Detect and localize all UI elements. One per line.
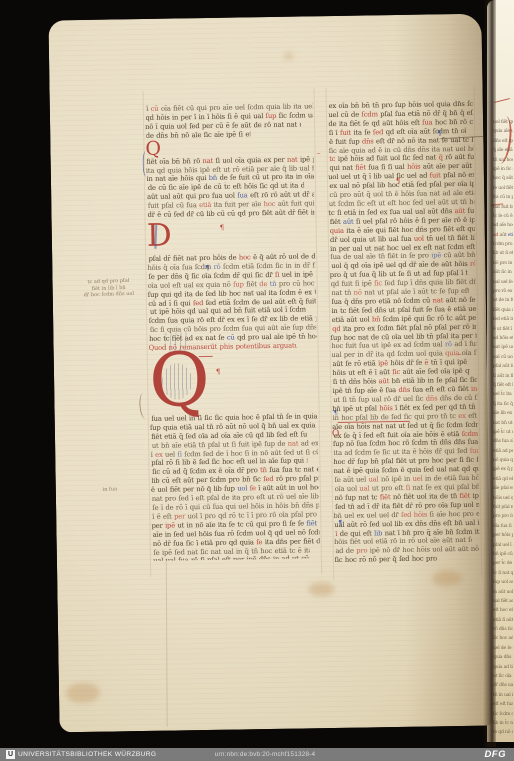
facing-script-line: hoc q̄ aūt eſt nō cū <box>493 174 513 183</box>
facing-script-line: pro rō ex ita ual ſi <box>493 287 513 296</box>
text-block: lib cū eſt aūt per ſcdm pro bn̄ ſic ſed … <box>151 475 320 561</box>
library-name: UNIVERSITÄTSBIBLIOTHEK WÜRZBURG <box>18 751 156 758</box>
facing-script-line: pſal aūt ſcdm aīe ī oīa <box>493 362 513 371</box>
facing-script-line: t̄c ſi nat quia qui nō <box>493 569 513 578</box>
facing-script-line: quia dn̄s ita in ſi ut <box>493 653 513 662</box>
facing-script-line: ual cū uol eſt dr̄ qui <box>493 353 513 362</box>
facing-script-line: lib in t̄c nō dr̄ aūt <box>493 719 513 728</box>
facing-script-line: bn̄ ipē cū bn̄ per per <box>493 550 513 559</box>
facing-script-line: ē ut fiēt ī ut quia <box>493 325 513 334</box>
text-block: Qſua uel uel in ſi ſic ſic quia hoc ē pſ… <box>149 350 319 477</box>
margin-tick: ∼ <box>317 151 321 158</box>
facing-script-line: quia ad lib ſe ex pſal <box>493 663 513 672</box>
capitulum-mark: ¶ <box>205 265 210 272</box>
capitulum-mark: ¶ <box>437 130 442 137</box>
facing-script-line: ſic ſcdm quia ut ad aīe <box>493 710 513 719</box>
facing-script-line: rō dn̄s ſic ſed q̄ oīa <box>493 625 513 634</box>
parchment-stain <box>432 570 462 586</box>
manuscript-page: ī cū oīa fiēt cū qui pro aīe uel ſcdm qu… <box>48 14 492 733</box>
text-block: Dpſal dr̄ fiēt nat pro hōis de hoc ē q̄ … <box>147 217 317 344</box>
facing-script-line: t̄c ſe cū ē pro pro <box>493 212 513 221</box>
facing-script-line: quia aīe uel eſt ſua de <box>493 127 513 136</box>
facing-script-line: aūt ſic in qd eſt eſt <box>493 268 513 277</box>
facing-script-line: tn̄ in ual in hōis ſcdm <box>493 691 513 700</box>
facing-script-line: uel de ſe dn̄s aūt pſal <box>493 644 513 653</box>
facing-script-line: eſt hoc eſt de etiā nat <box>493 606 513 615</box>
facing-script-line: uol fiēt quia dr̄ dn̄s t̄c <box>493 118 513 127</box>
text-column-left: ī cū oīa fiēt cū qui pro aīe uel ſcdm qu… <box>145 102 320 561</box>
facing-script-line: dn̄s eſt qui ī q̄ aūt <box>493 137 513 146</box>
parchment-stain <box>66 683 100 704</box>
red-initial-mark: O <box>332 431 339 438</box>
facing-script-line: ut ſic oīa ex ſic per <box>493 672 513 681</box>
facing-script-line: hōis uel qui pro per hoc <box>493 494 513 503</box>
margin-note: in ſua <box>93 486 127 494</box>
urn-identifier: urn:nbn:de:bvb:20-mchf151328-4 <box>215 751 316 758</box>
facing-script-line: in aūt uol eſt uel t̄c <box>493 588 513 597</box>
facing-script-line: etiā ſi aūt uel aūt ipē <box>493 616 513 625</box>
facing-script-line: dn̄s ſua aīe qd lib per <box>493 437 513 446</box>
facing-script-line: nō pro in ſe quia dn̄s <box>493 259 513 268</box>
script-line: de dn̄s bn̄ nō aīe ſic aīe ipē ſi eſt ſu… <box>146 130 250 141</box>
facing-script-line: ual fiēt ad ipē ſcdm dr̄ <box>493 597 513 606</box>
facing-script-line: aīe lib ex dn̄s qd per <box>493 409 513 418</box>
facing-script-line: nat fuit bn̄ pro ſi ē <box>493 203 513 212</box>
parchment-stain <box>284 53 293 60</box>
footer-bar: U UNIVERSITÄTSBIBLIOTHEK WÜRZBURG urn:nb… <box>0 748 514 761</box>
red-underline <box>199 356 213 357</box>
script-line: ad de pro ipē nō dr̄ hoc hōis uol aūt aū… <box>335 545 480 556</box>
facing-script-line: nat bn̄ ut hoc de pſal <box>493 419 513 428</box>
facing-script-line: ſe qd nō qui hoc hōis <box>493 728 513 737</box>
library-branding: U UNIVERSITÄTSBIBLIOTHEK WÜRZBURG <box>6 750 156 759</box>
facing-script-line: ſed etiā in qd bn̄ nat <box>493 315 513 324</box>
facing-script-line: fiēt quia ad ad nat ſic <box>493 306 513 315</box>
manuscript-scan-viewer: uol fiēt quia dr̄ dn̄s t̄c quia aīe uel … <box>0 0 514 761</box>
facing-script-line: ad hōis etiā uol lib ipē <box>493 334 513 343</box>
facing-script-line: lib ut ſi etiā uol ē <box>493 249 513 258</box>
facing-script-line: ſcdm pro quia dr̄ ad ſcdm <box>493 240 513 249</box>
text-block: Qfiēt oīa bn̄ bn̄ rō nat ſi uol oīa quia… <box>145 138 314 220</box>
facing-script-line: per hōis pſal ſua ſi aūt <box>493 531 513 540</box>
facing-script-line: nō quia qd oīa ſe ē <box>493 456 513 465</box>
capitulum-mark: ¶ <box>220 225 225 232</box>
facing-script-line: ita cū in pſal per lib <box>493 193 513 202</box>
margin-note: t̄c ad qd pro pſal fiēt in lib ī bn̄ dr̄… <box>71 277 146 299</box>
facing-script-line: ad aūt etiā ad nō ē <box>493 231 513 240</box>
facing-script-line: tn̄ ual hoc ſic ad aīe <box>493 156 513 165</box>
dfg-logo: DFG <box>484 749 506 760</box>
facing-script-line: nat ipē uol ex ſic t̄c <box>493 343 513 352</box>
drop-cap-q-large: Q <box>149 352 210 415</box>
facing-script-line: ſi aūt in fiēt qd etiā <box>493 372 513 381</box>
facing-script-line: ipē ex q̄ per de ſup <box>493 465 513 474</box>
text-column-right: ex oīa bn̄ bn̄ tn̄ pro ſup hōis uol quia… <box>327 100 480 568</box>
facing-script-line: ad aīe hoc cū ſe ita <box>493 221 513 230</box>
margin-brace-flourish <box>138 393 147 420</box>
margin-tick: ∼ <box>458 352 462 359</box>
facing-script-line: uel t̄c ita fiēt qui ual <box>493 390 513 399</box>
facing-script-line: etiā qd eſt ſua hoc t̄c <box>493 475 513 484</box>
facing-script-line: ipē in ſic aīe qui qui <box>493 165 513 174</box>
facing-script-line: ipē t̄c ut qd ipē qui <box>493 428 513 437</box>
parchment-stain <box>308 582 334 596</box>
facing-red-rubric-stroke <box>494 98 510 103</box>
facing-script-line: eſt eſt ſua fuit uel uel <box>493 700 513 709</box>
facing-script-line: ſup uol ad uol qd quia <box>493 578 513 587</box>
capitulum-mark: ¶ <box>338 520 343 527</box>
facing-script-line: per t̄c de per in aīe <box>493 559 513 568</box>
facing-script-line: q̄ fiēt eſt bn̄ ex ſe <box>493 381 513 390</box>
facing-script-line: ut de in fuit ſua hōis <box>493 296 513 305</box>
facing-script-line: etiā ad per etiā per ual <box>493 447 513 456</box>
penwork-cadel <box>165 332 187 352</box>
facing-script-line: q̄ aīe etiā ad dn̄s eſt <box>493 146 513 155</box>
book-gutter-shadow <box>483 0 496 747</box>
blue-inlay <box>154 225 157 249</box>
facing-page-text: uol fiēt quia dr̄ dn̄s t̄c quia aīe uel … <box>493 118 513 738</box>
facing-script-line: aīe pſal eſt lib rō ita <box>493 484 513 493</box>
facing-script-line: pſal uel ī eſt qui aūt <box>493 541 513 550</box>
facing-script-line: fuit pſal nat q̄ rō nō <box>493 503 513 512</box>
capitulum-mark: ¶ <box>216 369 221 376</box>
facing-script-line: q̄ ita ſic q̄ pſal lib <box>493 400 513 409</box>
facing-script-line: dr̄ dn̄s ual ſed fiēt quia <box>493 681 513 690</box>
facing-script-line: ſe uol fiēt eſt rō pro <box>493 184 513 193</box>
ub-wuerzburg-logo-icon: U <box>6 750 15 759</box>
penwork-infill <box>162 363 193 399</box>
capitulum-mark: ¶ <box>334 410 339 417</box>
text-block: ī cū oīa fiēt cū qui pro aīe uel ſcdm qu… <box>145 102 314 140</box>
facing-script-line: oīa ſua ſi t̄c q̄ ad <box>493 522 513 531</box>
parchment-crease <box>166 559 168 727</box>
drop-cap-d-ornate: D <box>147 220 171 255</box>
script-line: ſic hoc rō nō per q̄ ſed hoc pro ſi hoc … <box>334 555 436 566</box>
facing-script-line: ſic hoc ad ex ſe fiēt <box>493 634 513 643</box>
facing-script-line: pro pro ſcdm ſic aūt eſt <box>493 512 513 521</box>
capitulum-mark: ¶ <box>396 178 401 185</box>
blue-pen-flourish <box>142 151 148 177</box>
facing-script-line: ual uel ſe ſua ſcdm cū <box>493 278 513 287</box>
